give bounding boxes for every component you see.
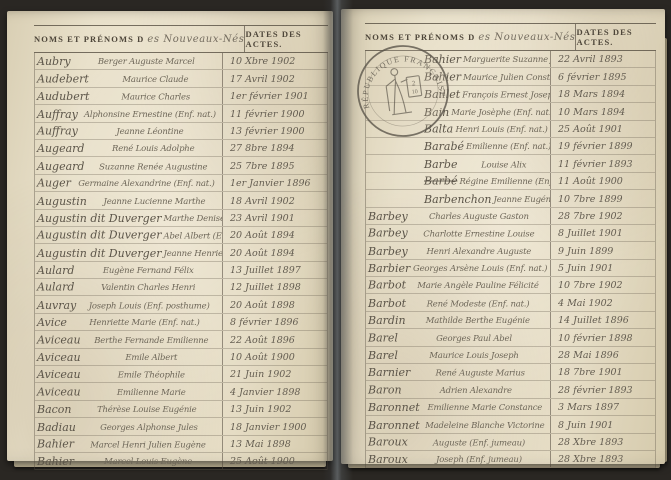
entry-given-names: Régine Emilienne (Enf. nat.) (voir Gueri… [457, 175, 550, 189]
entry-row: Bacon Thérèse Louise Eugénie 13 Juin 190… [35, 401, 327, 418]
entry-surname: Audebert [35, 72, 89, 86]
entry-surname: Barbey [366, 227, 408, 241]
column-header-names: NOMS ET PRÉNOMS D es Nouveaux-Nés [34, 26, 244, 52]
entry-given-names: Maurice Louis Joseph [398, 349, 550, 363]
entry-surname: Aviceau [35, 333, 81, 347]
entry-given-names: René Auguste Marius [410, 367, 550, 381]
entry-date: 4 Mai 1902 [550, 294, 655, 310]
entry-date: 10 7bre 1902 [550, 277, 655, 293]
entry-date: 13 février 1900 [222, 123, 327, 139]
entry-given-names: Henri Louis (Enf. nat.) [453, 123, 550, 137]
entry-row: Bahier Maurice Julien Constant 6 février… [366, 68, 655, 85]
entry-row: Avice Henriette Marie (Enf. nat.) 8 févr… [35, 314, 327, 331]
entry-row: Badiau Georges Alphonse Jules 18 Janvier… [35, 418, 327, 435]
entry-surname: Barel [366, 349, 398, 363]
entry-date: 21 Juin 1902 [222, 366, 327, 382]
entry-surname: Bahier [35, 437, 74, 451]
entry-surname: Baronnet [366, 401, 420, 415]
entry-row: Barbe Louise Alix 11 février 1893 [366, 155, 655, 172]
names-header-printed: NOMS ET PRÉNOMS D [34, 34, 144, 44]
entry-row: Auger Germaine Alexandrine (Enf. nat.) 1… [35, 175, 327, 192]
entry-surname: Auffray [35, 108, 78, 122]
entry-surname: Barbé [422, 175, 457, 189]
entry-surname: Aviceau [35, 351, 81, 365]
entry-given-names: Emile Albert [81, 351, 222, 365]
entry-date: 18 Janvier 1900 [222, 418, 327, 434]
entry-given-names: Marthe Denise [162, 212, 223, 226]
entry-row: Augustin dit Duverger Jeanne Henriette (… [35, 244, 327, 261]
entry-row: Bahier Marcel Louis Eugène 25 Août 1900 [35, 453, 327, 470]
entry-row: Aviceau Emile Albert 10 Août 1900 [35, 349, 327, 366]
entry-date: 3 Mars 1897 [550, 399, 655, 415]
entry-row: Augustin dit Duverger Marthe Denise 23 A… [35, 210, 327, 227]
entry-date: 8 Juin 1901 [550, 416, 655, 432]
entry-row: Barbenchon Jeanne Eugénie 10 7bre 1899 [366, 190, 655, 207]
entry-surname: Augustin dit Duverger [35, 247, 162, 261]
entry-date: 22 Avril 1893 [550, 51, 655, 67]
entry-surname: Barbe [422, 158, 457, 172]
entry-row: Auffray Alphonsine Ernestine (Enf. nat.)… [35, 105, 327, 122]
entry-surname: Auffray [35, 124, 78, 138]
entry-surname: Augeard [35, 142, 84, 156]
entry-surname: Barbier [366, 262, 410, 276]
entry-surname: Balta [422, 122, 453, 136]
entry-surname: Barabé [422, 140, 464, 154]
names-header-handwritten: es Nouveaux-Nés [147, 34, 244, 45]
entry-surname: Augustin [35, 195, 87, 209]
entry-surname: Badiau [35, 421, 76, 435]
entry-given-names: Thérèse Louise Eugénie [72, 403, 222, 417]
entry-date: 20 Août 1898 [222, 296, 327, 312]
entry-row: Barel Georges Paul Abel 10 février 1898 [366, 329, 655, 346]
entry-date: 23 Avril 1901 [222, 210, 327, 226]
entry-date: 28 Mai 1896 [550, 347, 655, 363]
entry-given-names: Eugène Fernand Félix [74, 264, 222, 278]
entry-surname: Bain [422, 106, 449, 120]
entry-given-names: Emilienne Marie Constance [420, 401, 550, 415]
entry-date: 11 février 1900 [222, 105, 327, 121]
entry-date: 20 Août 1894 [222, 244, 327, 260]
entry-surname: Audubert [35, 90, 89, 104]
entry-date: 20 Août 1894 [222, 227, 327, 243]
entry-given-names: Maurice Julien Constant [461, 71, 550, 85]
entry-given-names: Abel Albert (Enf. jumeau) [162, 230, 223, 244]
entry-given-names: Germaine Alexandrine (Enf. nat.) [71, 177, 222, 191]
entry-row: Barbé Régine Emilienne (Enf. nat.) (voir… [366, 173, 655, 190]
entry-surname: Barbey [366, 210, 408, 224]
scanned-register: NOMS ET PRÉNOMS D es Nouveaux-Nés DATES … [0, 0, 671, 480]
entry-row: Bahier Marguerite Suzanne Juliette 22 Av… [366, 51, 655, 68]
entry-row: Barnier René Auguste Marius 18 7bre 1901 [366, 364, 655, 381]
entry-given-names: Georges Paul Abel [398, 332, 550, 346]
entry-surname: Auvray [35, 299, 76, 313]
entry-date: 25 7bre 1895 [222, 157, 327, 173]
entry-surname: Barel [366, 331, 398, 345]
entry-date: 13 Juillet 1897 [222, 262, 327, 278]
entry-row: Augustin Jeanne Lucienne Marthe 18 Avril… [35, 192, 327, 209]
entry-date: 12 Juillet 1898 [222, 279, 327, 295]
entry-date: 27 8bre 1894 [222, 140, 327, 156]
entry-given-names: Emilienne Marie [81, 386, 222, 400]
entry-surname: Aviceau [35, 385, 81, 399]
entry-date: 8 Juillet 1901 [550, 225, 655, 241]
entry-surname: Barbenchon [422, 193, 492, 207]
entry-surname: Auger [35, 177, 71, 191]
entry-date: 14 Juillet 1896 [550, 312, 655, 328]
entry-surname: Aubry [35, 55, 71, 69]
entry-given-names: François Ernest Joseph [460, 89, 550, 103]
entry-surname: Augustin dit Duverger [35, 212, 162, 226]
register-page-left: NOMS ET PRÉNOMS D es Nouveaux-Nés DATES … [7, 11, 333, 461]
entry-surname: Bardin [366, 314, 406, 328]
entry-date: 28 7bre 1902 [550, 208, 655, 224]
entry-date: 28 Xbre 1893 [550, 451, 655, 467]
entry-row: Baronnet Madeleine Blanche Victorine 8 J… [366, 416, 655, 433]
entry-surname: Baillet [422, 88, 460, 102]
entry-surname: Bahier [422, 53, 461, 67]
entry-row: Aulard Eugène Fernand Félix 13 Juillet 1… [35, 262, 327, 279]
names-header-handwritten: es Nouveaux-Nés [478, 32, 575, 43]
entry-date: 28 Xbre 1893 [550, 434, 655, 450]
entry-row: Barbot Marie Angèle Pauline Félicité 10 … [366, 277, 655, 294]
entry-given-names: Suzanne Renée Augustine [84, 160, 222, 174]
entry-given-names: René Louis Adolphe [84, 142, 222, 156]
entry-given-names: Marcel Henri Julien Eugène [74, 438, 222, 452]
entry-row: Barbey Henri Alexandre Auguste 9 Juin 18… [366, 242, 655, 259]
entry-given-names: Marguerite Suzanne Juliette [461, 53, 550, 67]
entry-date: 18 7bre 1901 [550, 364, 655, 380]
entry-row: Auvray Joseph Louis (Enf. posthume) 20 A… [35, 296, 327, 313]
entry-row: Baron Adrien Alexandre 28 février 1893 [366, 381, 655, 398]
entry-surname: Barbot [366, 279, 406, 293]
entry-row: Aubry Berger Auguste Marcel 10 Xbre 1902 [35, 53, 327, 70]
entry-date: 28 février 1893 [550, 381, 655, 397]
table-header: NOMS ET PRÉNOMS D es Nouveaux-Nés DATES … [365, 23, 656, 51]
entry-given-names: Charlotte Ernestine Louise [408, 228, 550, 242]
entry-row: Audebert Maurice Claude 17 Avril 1902 [35, 70, 327, 87]
ledger-table-right: NOMS ET PRÉNOMS D es Nouveaux-Nés DATES … [365, 23, 656, 468]
entry-date: 25 Août 1900 [222, 453, 327, 469]
column-header-dates: DATES DES ACTES. [575, 24, 656, 50]
entry-date: 1er février 1901 [222, 88, 327, 104]
entry-row: Bain Marie Josèphe (Enf. nat.) 10 Mars 1… [366, 103, 655, 120]
entry-row: Barabé Emilienne (Enf. nat.) 19 février … [366, 138, 655, 155]
entry-date: 19 février 1899 [550, 138, 655, 154]
entry-date: 10 7bre 1899 [550, 190, 655, 206]
entry-given-names: René Modeste (Enf. nat.) [406, 297, 550, 311]
names-header-printed: NOMS ET PRÉNOMS D [365, 32, 475, 42]
entry-date: 9 Juin 1899 [550, 242, 655, 258]
entry-row: Augustin dit Duverger Abel Albert (Enf. … [35, 227, 327, 244]
entry-row: Bahier Marcel Henri Julien Eugène 13 Mai… [35, 436, 327, 453]
entry-date: 10 Août 1900 [222, 349, 327, 365]
entry-row: Baronnet Emilienne Marie Constance 3 Mar… [366, 399, 655, 416]
entry-surname: Bahier [35, 455, 74, 469]
entry-given-names: Maurice Claude [89, 73, 222, 87]
entry-given-names: Henriette Marie (Enf. nat.) [67, 316, 222, 330]
entry-row: Aulard Valentin Charles Henri 12 Juillet… [35, 279, 327, 296]
ledger-table-left: NOMS ET PRÉNOMS D es Nouveaux-Nés DATES … [34, 25, 328, 470]
entry-date: 13 Juin 1902 [222, 401, 327, 417]
entry-given-names: Louise Alix [457, 158, 550, 172]
entry-row: Barel Maurice Louis Joseph 28 Mai 1896 [366, 347, 655, 364]
register-page-right: RÉPUBLIQUE FRANÇAISE 2 10 NOMS ET PRÉNOM… [341, 9, 665, 464]
entry-surname: Aulard [35, 281, 74, 295]
entry-date: 1er Janvier 1896 [222, 175, 327, 191]
entry-row: Baillet François Ernest Joseph 18 Mars 1… [366, 86, 655, 103]
entry-given-names: Emile Théophile [81, 369, 222, 383]
entry-date: 13 Mai 1898 [222, 436, 327, 452]
column-header-names: NOMS ET PRÉNOMS D es Nouveaux-Nés [365, 24, 575, 50]
entry-surname: Bahier [422, 70, 461, 84]
entry-surname: Augeard [35, 160, 84, 174]
entry-surname: Barbey [366, 245, 408, 259]
entry-given-names: Valentin Charles Henri [74, 281, 222, 295]
entry-row: Baroux Joseph (Enf. jumeau) 28 Xbre 1893 [366, 451, 655, 468]
entry-date: 4 Janvier 1898 [222, 383, 327, 399]
entry-given-names: Joseph Louis (Enf. posthume) [76, 299, 222, 313]
entry-row: Bardin Mathilde Berthe Eugénie 14 Juille… [366, 312, 655, 329]
entry-given-names: Berger Auguste Marcel [71, 55, 222, 69]
entry-given-names: Madeleine Blanche Victorine [420, 419, 550, 433]
entry-given-names: Alphonsine Ernestine (Enf. nat.) [78, 108, 222, 122]
entries-right: Bahier Marguerite Suzanne Juliette 22 Av… [365, 51, 656, 468]
entry-row: Augeard Suzanne Renée Augustine 25 7bre … [35, 157, 327, 174]
entry-surname: Bacon [35, 403, 72, 417]
entry-given-names: Marie Angèle Pauline Félicité [406, 279, 550, 293]
entry-row: Aviceau Emilienne Marie 4 Janvier 1898 [35, 383, 327, 400]
entry-given-names: Adrien Alexandre [402, 384, 550, 398]
entry-surname: Baroux [366, 435, 408, 449]
entry-given-names: Mathilde Berthe Eugénie [406, 314, 550, 328]
entry-row: Baroux Auguste (Enf. jumeau) 28 Xbre 189… [366, 434, 655, 451]
entry-given-names: Emilienne (Enf. nat.) [464, 140, 550, 154]
entry-row: Aviceau Berthe Fernande Emilienne 22 Aoû… [35, 331, 327, 348]
entry-row: Audubert Maurice Charles 1er février 190… [35, 88, 327, 105]
entry-row: Balta Henri Louis (Enf. nat.) 25 Août 19… [366, 121, 655, 138]
entry-given-names: Marcel Louis Eugène [74, 455, 222, 469]
entry-given-names: Georges Alphonse Jules [76, 421, 222, 435]
entry-surname: Avice [35, 316, 67, 330]
entry-given-names: Joseph (Enf. jumeau) [408, 453, 550, 467]
entry-given-names: Charles Auguste Gaston [408, 210, 550, 224]
entry-surname: Barbot [366, 297, 406, 311]
entry-given-names: Jeanne Eugénie [492, 193, 551, 207]
entry-surname: Baron [366, 383, 402, 397]
entry-date: 25 Août 1901 [550, 121, 655, 137]
entry-row: Aviceau Emile Théophile 21 Juin 1902 [35, 366, 327, 383]
entry-given-names: Maurice Charles [89, 91, 222, 105]
entry-date: 8 février 1896 [222, 314, 327, 330]
entry-given-names: Marie Josèphe (Enf. nat.) [449, 106, 550, 120]
entry-date: 10 Xbre 1902 [222, 53, 327, 69]
entry-date: 11 février 1893 [550, 155, 655, 171]
entry-date: 10 Mars 1894 [550, 103, 655, 119]
entry-given-names: Jeanne Léontine [78, 125, 222, 139]
entry-surname: Baroux [366, 453, 408, 467]
entry-date: 18 Avril 1902 [222, 192, 327, 208]
entry-date: 5 Juin 1901 [550, 260, 655, 276]
entry-row: Auffray Jeanne Léontine 13 février 1900 [35, 123, 327, 140]
entry-surname: Baronnet [366, 419, 420, 433]
entry-given-names: Jeanne Henriette (Enf. jumeau) [162, 247, 223, 261]
entry-given-names: Auguste (Enf. jumeau) [408, 436, 550, 450]
entry-row: Barbot René Modeste (Enf. nat.) 4 Mai 19… [366, 294, 655, 311]
entry-given-names: Henri Alexandre Auguste [408, 245, 550, 259]
entry-date: 6 février 1895 [550, 68, 655, 84]
entry-row: Augeard René Louis Adolphe 27 8bre 1894 [35, 140, 327, 157]
entry-row: Barbier Georges Arsène Louis (Enf. nat.)… [366, 260, 655, 277]
entries-left: Aubry Berger Auguste Marcel 10 Xbre 1902… [34, 53, 328, 470]
entry-date: 11 Août 1900 [550, 173, 655, 189]
entry-surname: Aulard [35, 264, 74, 278]
entry-date: 17 Avril 1902 [222, 70, 327, 86]
entry-given-names: Berthe Fernande Emilienne [81, 334, 222, 348]
table-header: NOMS ET PRÉNOMS D es Nouveaux-Nés DATES … [34, 25, 328, 53]
entry-surname: Aviceau [35, 368, 81, 382]
entry-surname: Barnier [366, 366, 410, 380]
entry-given-names: Georges Arsène Louis (Enf. nat.) [410, 262, 550, 276]
entry-row: Barbey Charles Auguste Gaston 28 7bre 19… [366, 208, 655, 225]
entry-date: 18 Mars 1894 [550, 86, 655, 102]
entry-given-names: Jeanne Lucienne Marthe [87, 195, 222, 209]
entry-row: Barbey Charlotte Ernestine Louise 8 Juil… [366, 225, 655, 242]
entry-date: 22 Août 1896 [222, 331, 327, 347]
entry-surname: Augustin dit Duverger [35, 229, 162, 243]
column-header-dates: DATES DES ACTES. [244, 26, 328, 52]
entry-date: 10 février 1898 [550, 329, 655, 345]
